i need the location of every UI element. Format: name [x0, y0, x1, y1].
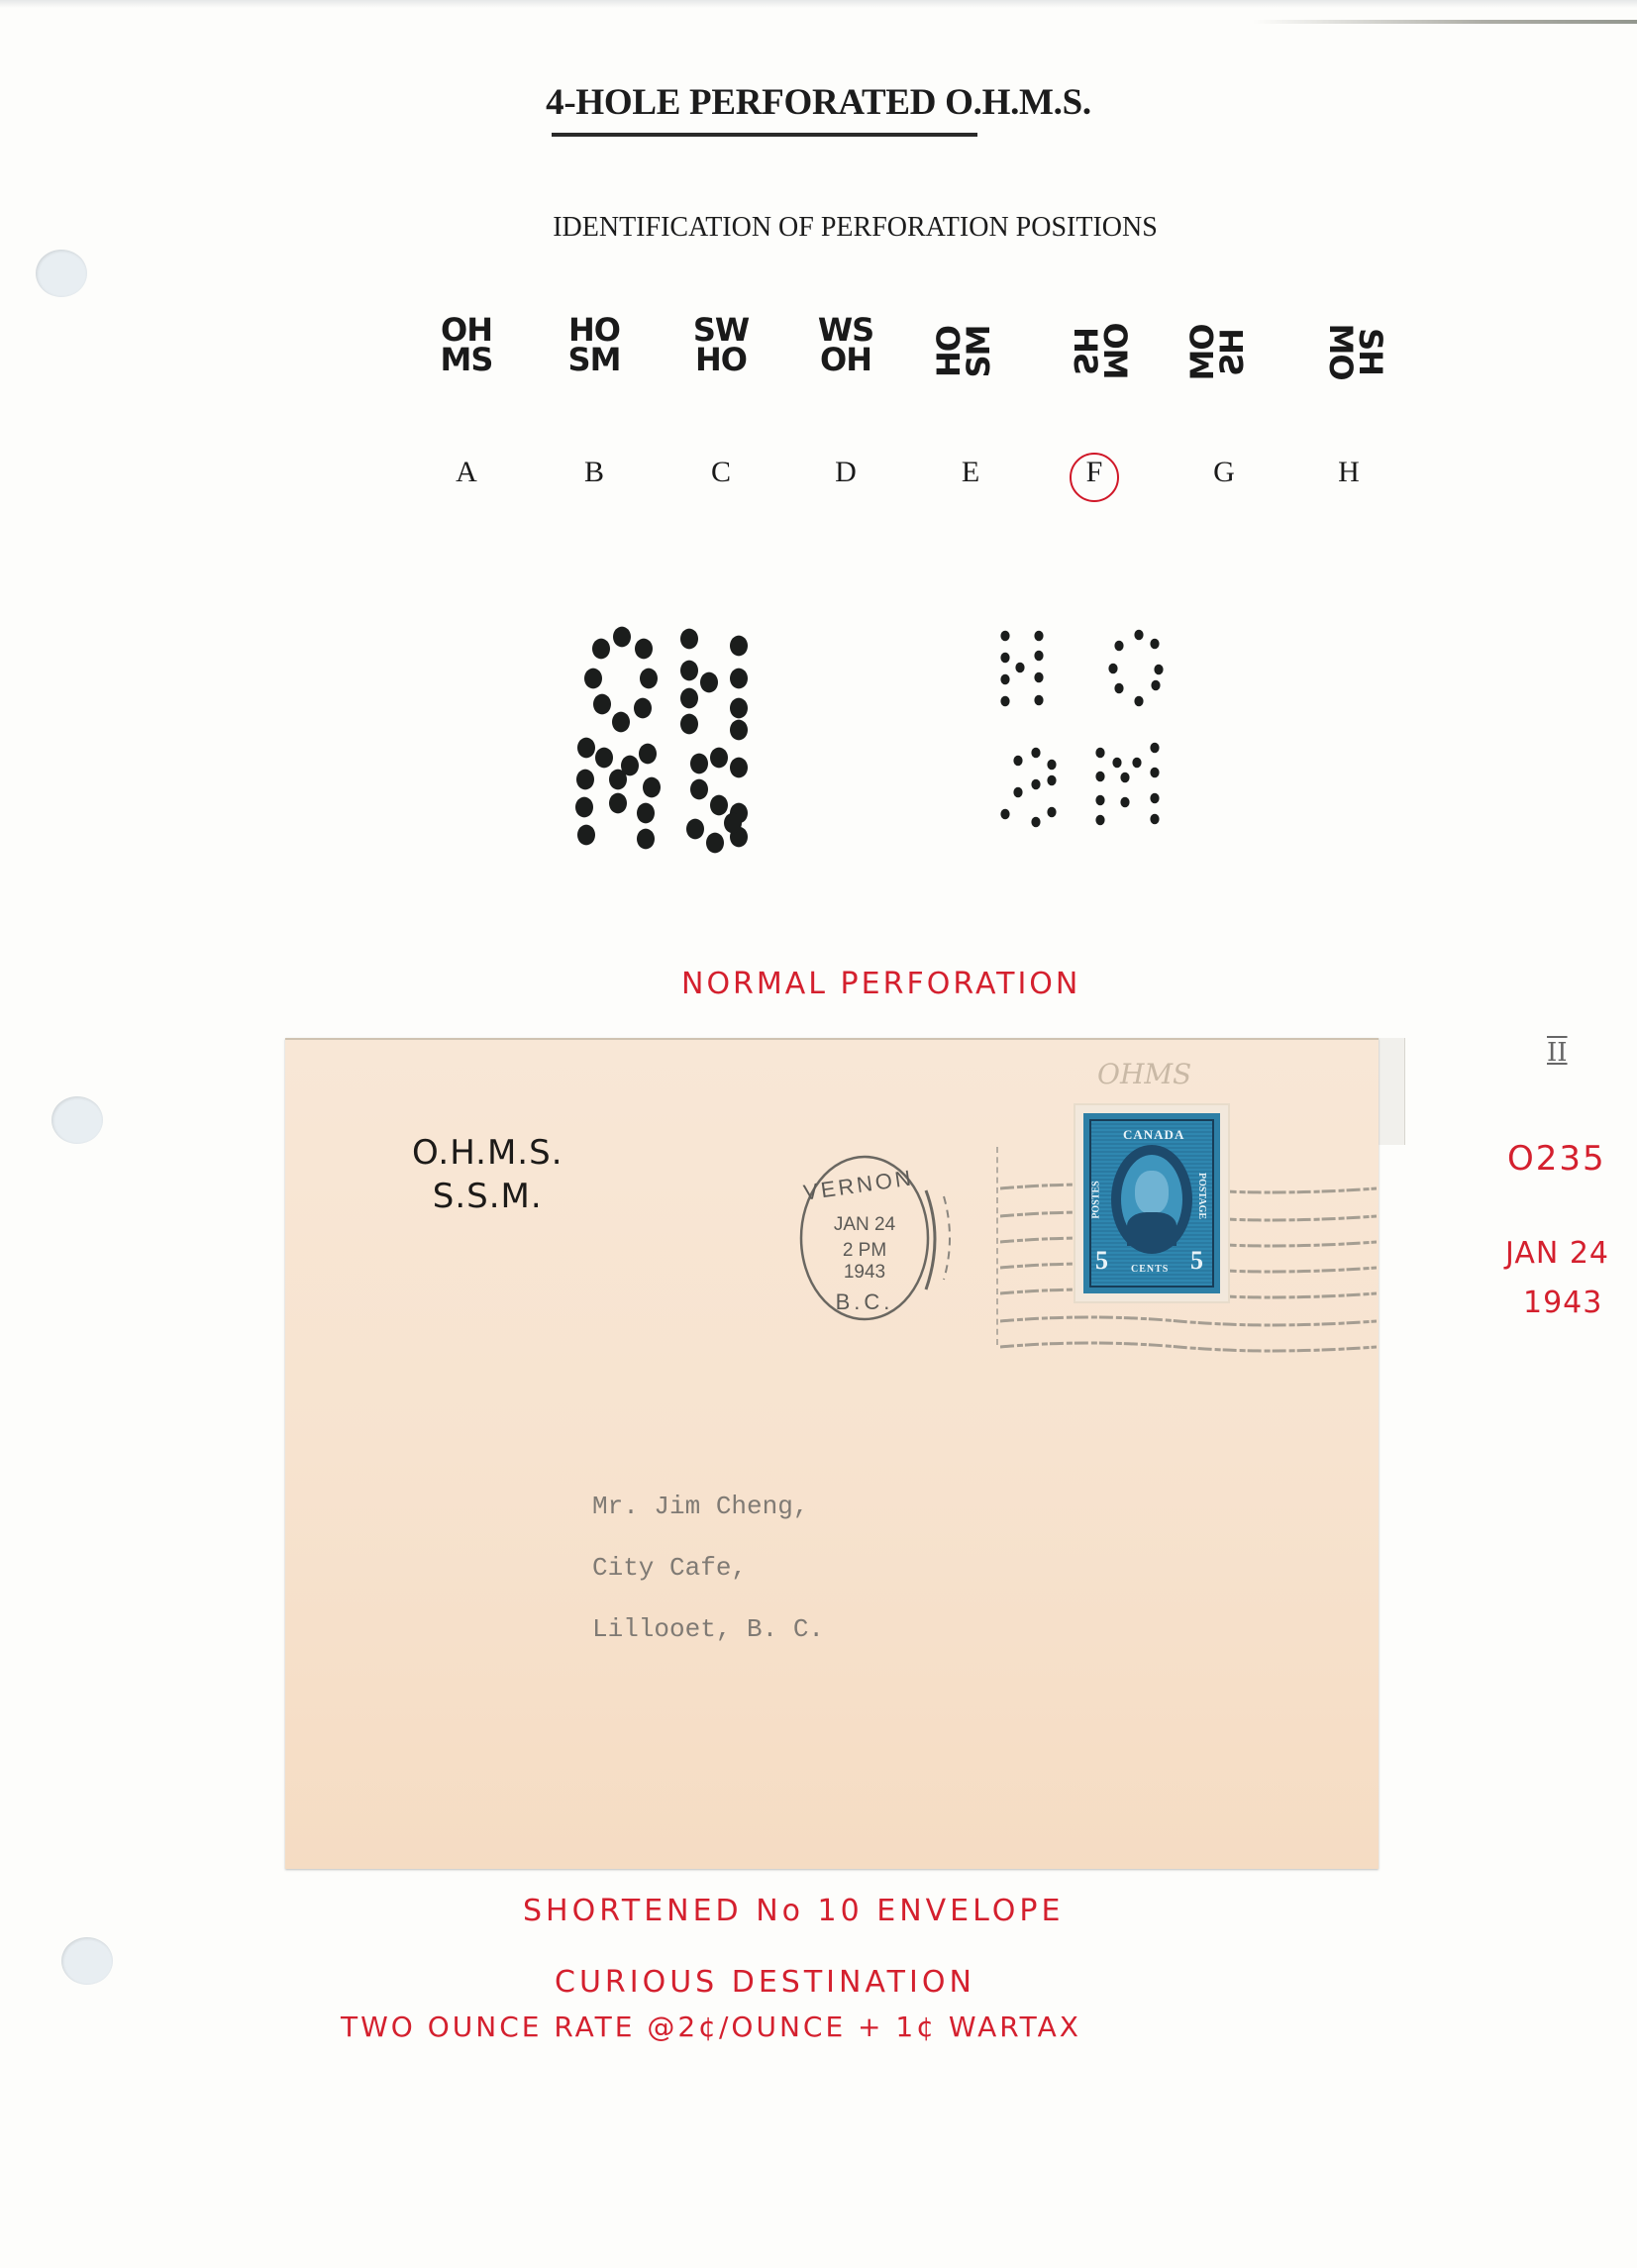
cancel-wave-line [1000, 1311, 1377, 1331]
page-title: 4-HOLE PERFORATED O.H.M.S. [0, 81, 1637, 124]
glyph-row-bottom: MS [422, 345, 511, 374]
stamp-country: CANADA [1123, 1127, 1184, 1143]
position-label-g: G [1204, 456, 1244, 489]
recipient-address: Mr. Jim Cheng, City Cafe, Lillooet, B. C… [592, 1476, 824, 1660]
envelope-corner-text: O.H.M.S. S.S.M. [412, 1131, 563, 1218]
glyph-row-bottom: HS [1217, 307, 1247, 396]
portrait-head-icon [1135, 1171, 1169, 1214]
stamp-left-text: POSTES [1091, 1181, 1102, 1218]
punch-hole-bottom [61, 1937, 113, 1985]
perforation-diagram-small [1000, 624, 1218, 842]
glyph-row-bottom: MO [1326, 307, 1356, 396]
portrait-shoulders-icon [1127, 1212, 1177, 1246]
note-date-line1: JAN 24 [1505, 1236, 1609, 1271]
scan-smudge [1253, 20, 1637, 24]
corner-line-ssm: S.S.M. [412, 1175, 563, 1218]
stamp-frame: CANADA POSTES POSTAGE 5 5 CENTS [1089, 1119, 1214, 1288]
corner-line-ohms: O.H.M.S. [412, 1131, 563, 1175]
address-line-city: Lillooet, B. C. [592, 1598, 824, 1660]
position-label-a: A [447, 456, 486, 489]
position-glyph-c: SWHO [676, 315, 766, 388]
page-top-edge [0, 0, 1637, 8]
perforation-diagram-large [574, 619, 812, 876]
postmark-date: JAN 24 [800, 1214, 929, 1236]
envelope-sleeve-edge [1379, 1038, 1405, 1145]
stamp-value-right: 5 [1190, 1246, 1203, 1276]
punch-hole-top [36, 250, 87, 297]
title-underline [552, 133, 977, 137]
glyph-row-bottom: OH [801, 345, 890, 374]
note-normal-perforation: NORMAL PERFORATION [681, 967, 1080, 1001]
position-glyph-e: HOSM [934, 307, 1007, 396]
note-rate: TWO OUNCE RATE @2¢/OUNCE + 1¢ WARTAX [341, 2010, 1081, 2043]
stamp-portrait-oval [1111, 1145, 1192, 1254]
glyph-row-bottom: SM [550, 345, 639, 374]
position-glyph-b: HOSM [550, 315, 639, 388]
punch-hole-middle [51, 1096, 103, 1144]
position-glyph-h: SHMO [1312, 307, 1385, 396]
selected-position-circle [1070, 453, 1119, 502]
cancel-wave-line [1000, 1337, 1377, 1357]
glyph-row-top: SH [1356, 307, 1385, 396]
address-line-name: Mr. Jim Cheng, [592, 1476, 824, 1537]
position-label-b: B [574, 456, 614, 489]
stamp-denomination: CENTS [1131, 1264, 1169, 1275]
stamp-value-left: 5 [1095, 1246, 1108, 1276]
glyph-row-top: MO [1100, 307, 1130, 396]
postmark: VERNON JAN 24 2 PM 1943 B.C. [800, 1151, 929, 1319]
envelope: OHMS O.H.M.S. S.S.M. VERNON JAN 24 2 PM … [285, 1038, 1379, 1869]
cancel-divider [996, 1147, 998, 1345]
stamp-right-text: POSTAGE [1196, 1173, 1207, 1219]
position-glyph-a: OHMS [422, 315, 511, 388]
position-label-e: E [951, 456, 990, 489]
roman-numeral-note: II [1547, 1038, 1568, 1068]
note-date-line2: 1943 [1523, 1286, 1602, 1320]
position-glyph-g: OMHS [1187, 307, 1261, 396]
postmark-time: 2 PM [800, 1240, 929, 1262]
glyph-row-bottom: HO [676, 345, 766, 374]
position-label-c: C [701, 456, 741, 489]
envelope-pencil-note: OHMS [1097, 1058, 1191, 1090]
position-glyph-d: WSOH [801, 315, 890, 388]
postmark-year: 1943 [800, 1262, 929, 1284]
note-envelope-size: SHORTENED No 10 ENVELOPE [523, 1894, 1064, 1928]
glyph-row-bottom: SH [1071, 307, 1100, 396]
position-label-d: D [826, 456, 866, 489]
page-subtitle: IDENTIFICATION OF PERFORATION POSITIONS [0, 212, 1637, 244]
note-destination: CURIOUS DESTINATION [555, 1965, 975, 2000]
note-catalogue-number: O235 [1507, 1139, 1606, 1179]
postage-stamp: CANADA POSTES POSTAGE 5 5 CENTS [1075, 1105, 1228, 1301]
address-line-business: City Cafe, [592, 1537, 824, 1598]
position-glyph-f: MOSH [1057, 307, 1130, 396]
glyph-row-bottom: SM [964, 307, 993, 396]
postmark-province: B.C. [800, 1289, 929, 1315]
position-label-h: H [1329, 456, 1369, 489]
